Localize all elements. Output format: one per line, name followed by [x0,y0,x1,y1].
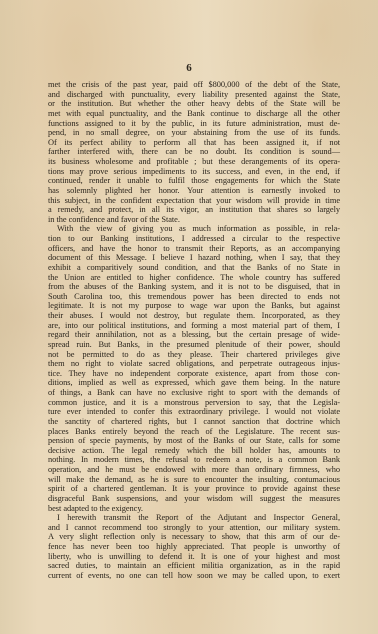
text-line: from the abuses of the Banking system, a… [48,282,340,292]
text-line: document of this Message. I believe I ha… [48,253,340,263]
text-line: current of events, no one can tell how s… [48,571,340,581]
text-line: Of its perfect ability to perform all th… [48,138,340,148]
text-line: pension of specie payments, by most of t… [48,436,340,446]
text-line: A very slight reflection only is necessa… [48,532,340,542]
text-line: regard their annihilation, not as a bles… [48,330,340,340]
text-line: disgraceful Bank suspensions, and your w… [48,494,340,504]
text-line: the sanctity of chartered rights, but I … [48,417,340,427]
text-line: With the view of giving you as much info… [48,224,340,234]
text-line: a remedy, and protect, in all its vigor,… [48,205,340,215]
text-line: liberty, who is unwilling to defend it. … [48,552,340,562]
text-line: fence has never been too highly apprecia… [48,542,340,552]
text-line: has solemnly plighted her honor. Your at… [48,186,340,196]
text-line: nothing. In modern times, the refusal to… [48,455,340,465]
page-number: 6 [0,62,378,74]
text-line: operation, and he must be endowed with m… [48,465,340,475]
text-line: will make the demand, as he is sure to e… [48,475,340,485]
text-line: ture ever intended to confer this extrao… [48,407,340,417]
text-line: places Banks entirely beyond the reach o… [48,427,340,437]
text-line: this subject, in the confident expectati… [48,196,340,206]
text-line: best adapted to the exigency. [48,504,340,514]
text-line: are, into our political institutions, an… [48,321,340,331]
text-line: tions may prove serious impediments to i… [48,167,340,177]
text-line: in the confidence and favor of the State… [48,215,340,225]
text-line: of things, a Bank can have no exclusive … [48,388,340,398]
text-line: functions assigned to it by the public, … [48,119,340,129]
paragraph: With the view of giving you as much info… [48,224,340,513]
document-body: met the crisis of the past year, paid of… [48,80,340,581]
text-line: legitimate. It is not my purpose to wage… [48,301,340,311]
text-line: met the crisis of the past year, paid of… [48,80,340,90]
text-line: its business wholesome and profitable ; … [48,157,340,167]
text-line: not be permitted to do as they please. T… [48,350,340,360]
text-line: spirit of a chartered gentleman. It is y… [48,484,340,494]
text-line: ditions, implied as well as expressed, w… [48,378,340,388]
text-line: them no right to violate sacred obligati… [48,359,340,369]
text-line: sacred duties, to maintain an efficient … [48,561,340,571]
text-line: and I cannot recommend too strongly to y… [48,523,340,533]
text-line: common justice, and it is a monstrous pe… [48,398,340,408]
text-line: tice. They have no independent corporate… [48,369,340,379]
text-line: met with equal punctuality, and the Bank… [48,109,340,119]
text-line: spread ruin. But Banks, in the presumed … [48,340,340,350]
text-line: South Carolina too, this tremendous powe… [48,292,340,302]
text-line: tion to our Banking institutions, I addr… [48,234,340,244]
text-line: continued, render it unable to fulfil th… [48,176,340,186]
text-line: I herewith transmit the Report of the Ad… [48,513,340,523]
text-line: pend, in no small degree, on your abstai… [48,128,340,138]
text-line: officers, and have the honor to transmit… [48,244,340,254]
text-line: the Union are entitled to higher confide… [48,273,340,283]
paragraph: I herewith transmit the Report of the Ad… [48,513,340,580]
text-line: decisive action. The legal remedy which … [48,446,340,456]
text-line: farther interfered with, there can be no… [48,147,340,157]
text-line: or the institution. But whether the othe… [48,99,340,109]
text-line: exhibit a comparitively sound condition,… [48,263,340,273]
text-line: and discharged with punctuality, every l… [48,90,340,100]
paragraph: met the crisis of the past year, paid of… [48,80,340,224]
text-line: their abuses. I would not destroy, but r… [48,311,340,321]
